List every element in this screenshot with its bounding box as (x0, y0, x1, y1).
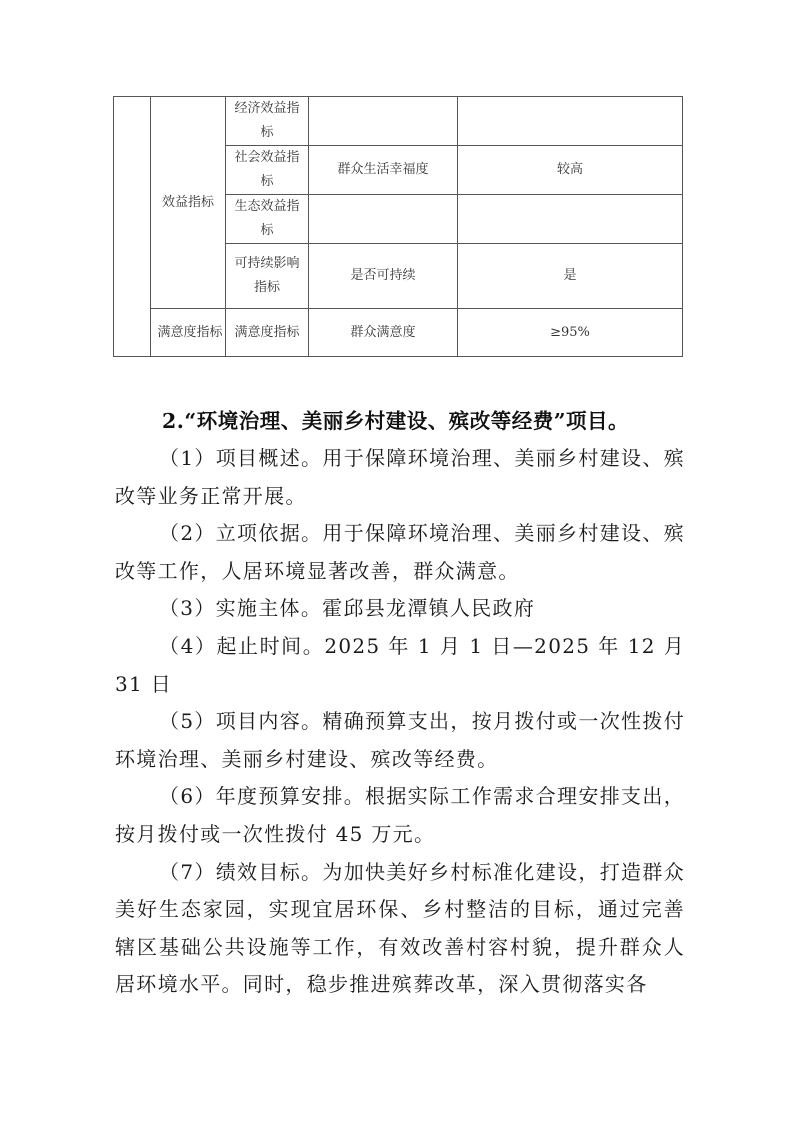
performance-indicator-table: 效益指标 经济效益指标 社会效益指标 群众生活幸福度 较高 生态效益指标 可持续… (113, 96, 683, 357)
table-cell-value: 较高 (458, 146, 683, 195)
paragraph-basis: （2）立项依据。用于保障环境治理、美丽乡村建设、殡改等工作，人居环境显著改善，群… (115, 515, 685, 590)
table-cell-value: 是 (458, 244, 683, 309)
table-cell-level2: 效益指标 (151, 97, 226, 309)
level2-label: 满意度指标 (154, 321, 226, 345)
paragraph-goals: （7）绩效目标。为加快美好乡村标准化建设，打造群众美好生态家园，实现宜居环保、乡… (115, 854, 685, 1004)
table-cell-indicator (309, 195, 458, 244)
table-cell-level1 (114, 97, 151, 357)
paragraph-content: （5）项目内容。精确预算支出，按月拨付或一次性拨付环境治理、美丽乡村建设、殡改等… (115, 703, 685, 778)
section-body: （1）项目概述。用于保障环境治理、美丽乡村建设、殡改等业务正常开展。 （2）立项… (115, 440, 685, 1004)
level3-label: 生态效益指标 (231, 195, 303, 243)
table-cell-value: ≥95% (458, 309, 683, 357)
table-row: 满意度指标 满意度指标 群众满意度 ≥95% (114, 309, 683, 357)
table-cell-value (458, 195, 683, 244)
table-cell-indicator: 群众满意度 (309, 309, 458, 357)
paragraph-implementer: （3）实施主体。霍邱县龙潭镇人民政府 (115, 590, 685, 628)
level3-label: 社会效益指标 (231, 146, 303, 194)
table-row: 效益指标 经济效益指标 (114, 97, 683, 146)
table-cell-level3: 社会效益指标 (226, 146, 309, 195)
table-cell-level3: 满意度指标 (226, 309, 309, 357)
table-cell-level3: 可持续影响指标 (226, 244, 309, 309)
level3-label: 可持续影响指标 (231, 252, 303, 300)
paragraph-budget: （6）年度预算安排。根据实际工作需求合理安排支出，按月拨付或一次性拨付 45 万… (115, 778, 685, 853)
level2-label: 效益指标 (162, 195, 214, 210)
table-cell-level3: 生态效益指标 (226, 195, 309, 244)
paragraph-overview: （1）项目概述。用于保障环境治理、美丽乡村建设、殡改等业务正常开展。 (115, 440, 685, 515)
level3-label: 经济效益指标 (231, 97, 303, 145)
section-heading: 2.“环境治理、美丽乡村建设、殡改等经费”项目。 (162, 404, 629, 434)
table-cell-indicator: 是否可持续 (309, 244, 458, 309)
paragraph-period: （4）起止时间。2025 年 1 月 1 日—2025 年 12 月 31 日 (115, 628, 685, 703)
level3-label: 满意度指标 (231, 321, 303, 345)
table-cell-level2: 满意度指标 (151, 309, 226, 357)
table-cell-level3: 经济效益指标 (226, 97, 309, 146)
table-cell-indicator (309, 97, 458, 146)
document-page: 效益指标 经济效益指标 社会效益指标 群众生活幸福度 较高 生态效益指标 可持续… (0, 0, 793, 1122)
table-cell-value (458, 97, 683, 146)
table-cell-indicator: 群众生活幸福度 (309, 146, 458, 195)
